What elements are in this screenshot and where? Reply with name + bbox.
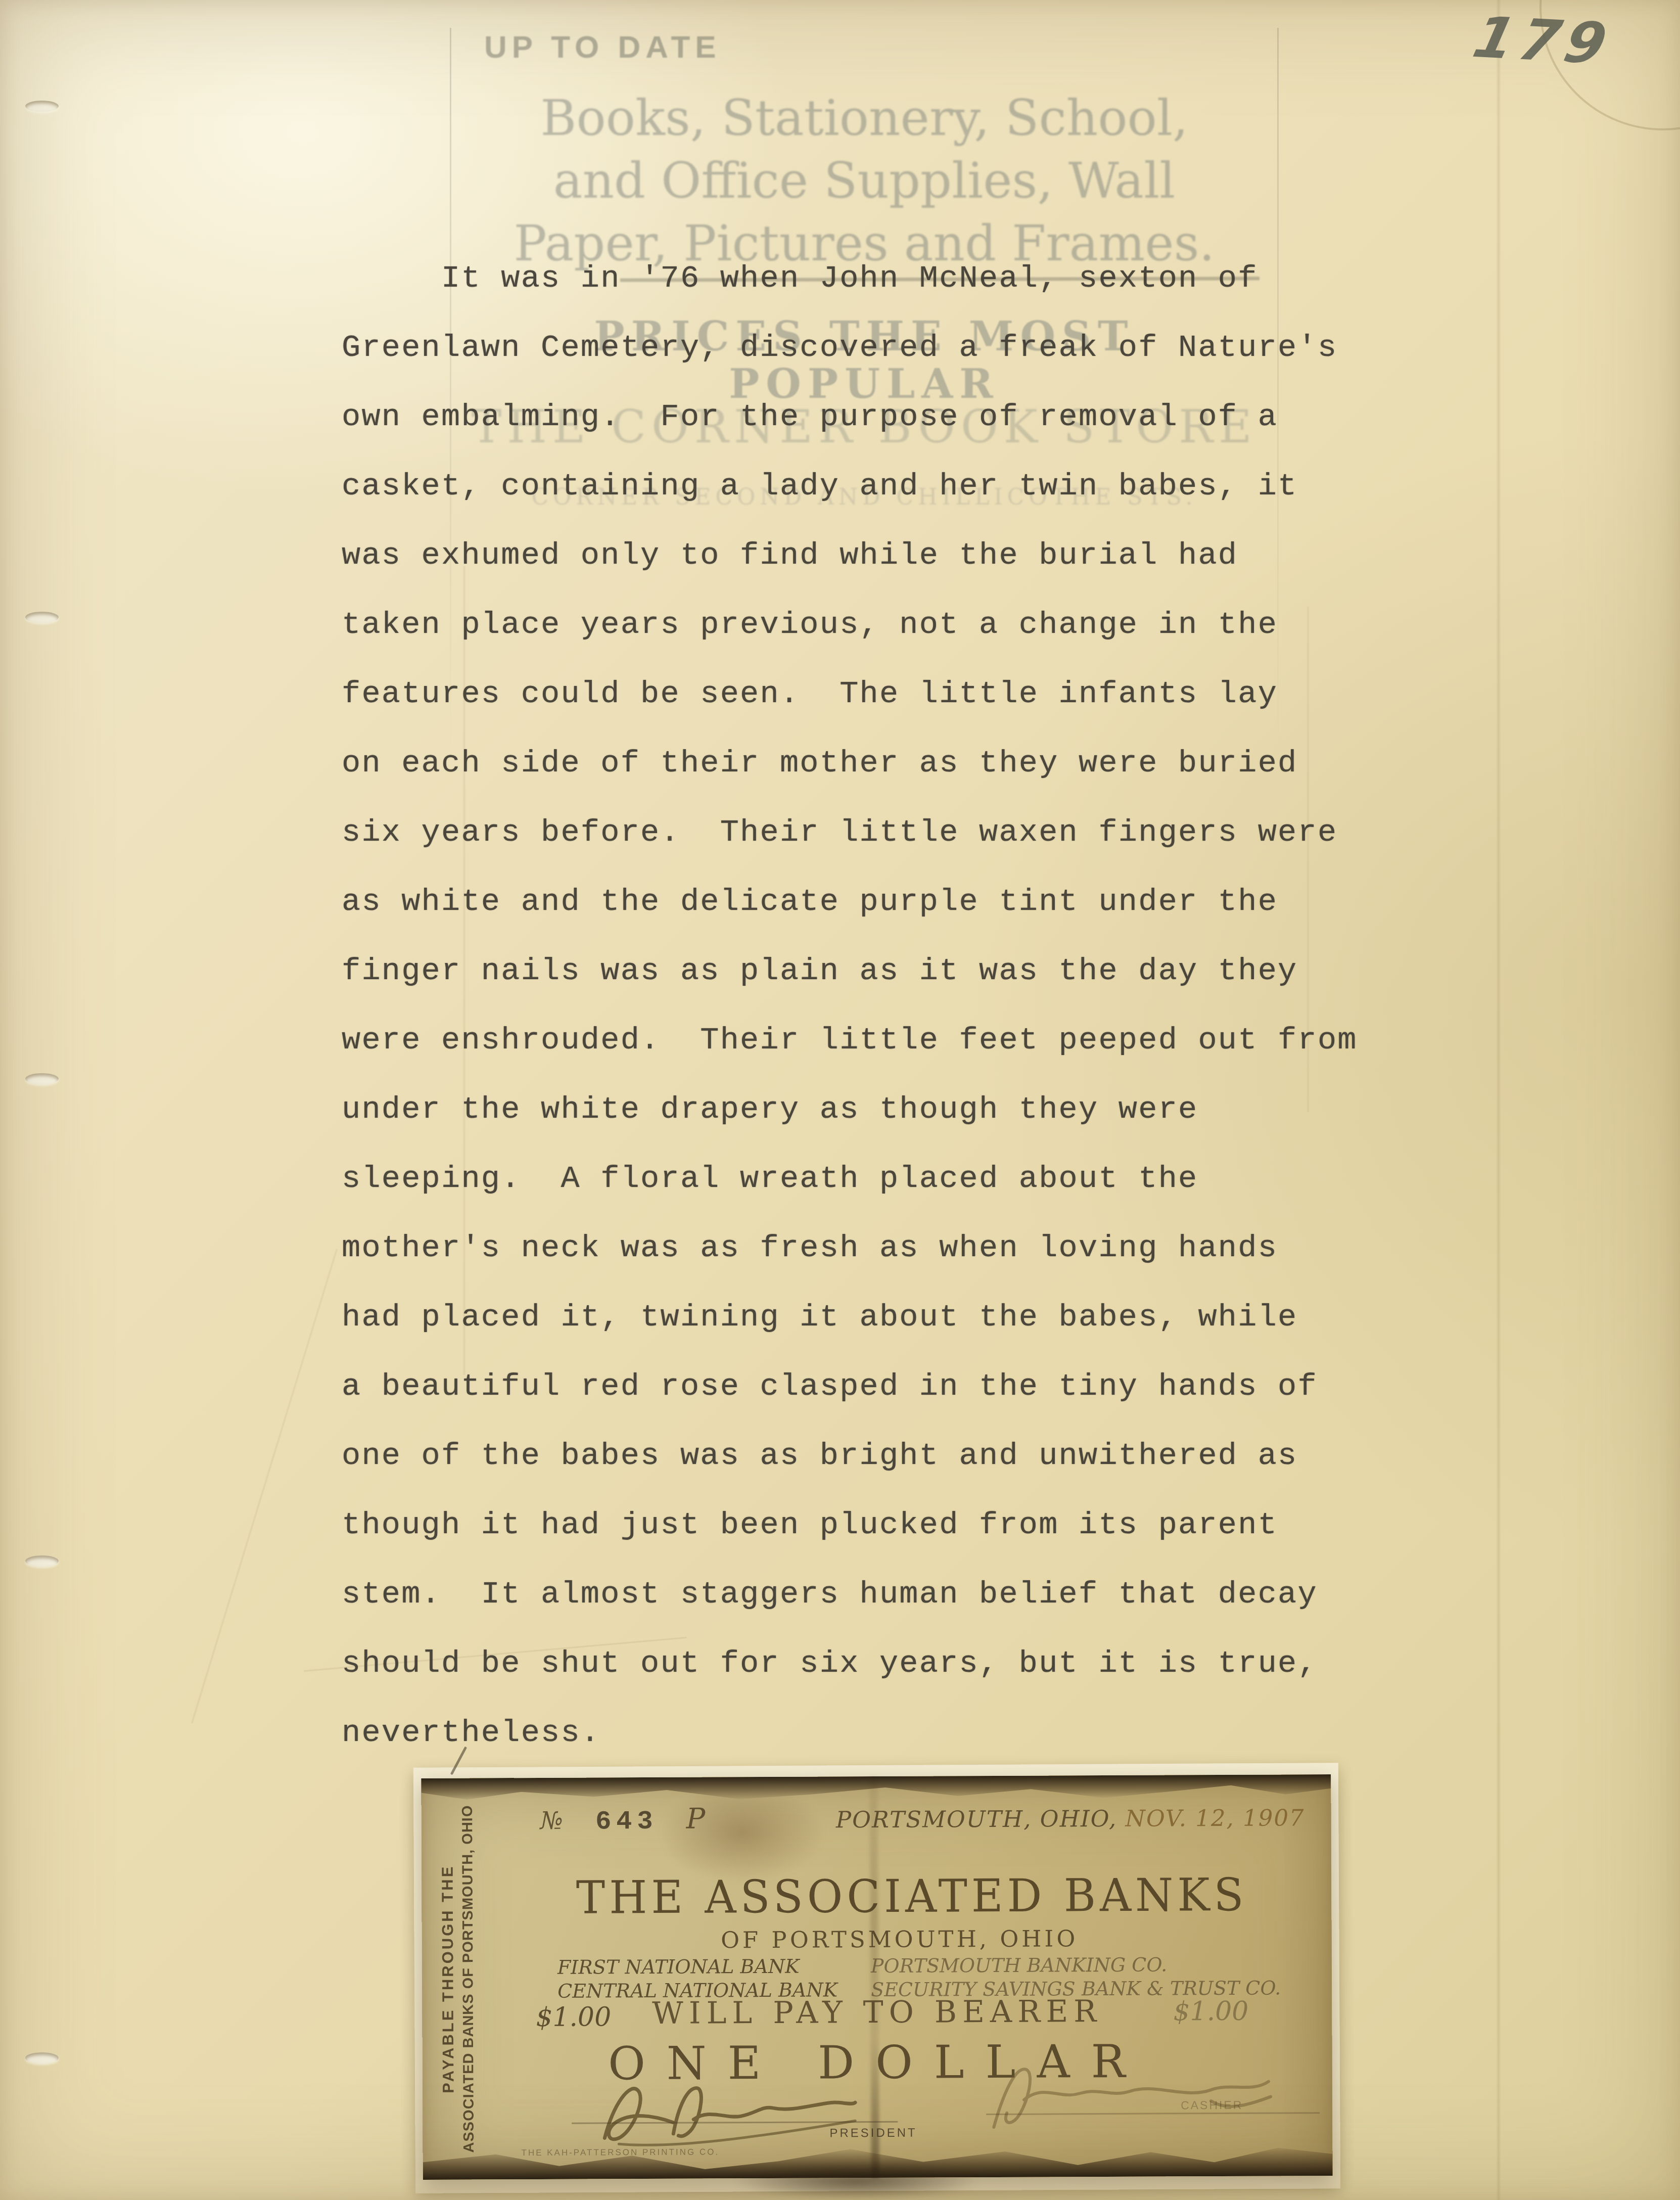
- date-value: NOV. 12, 1907: [1125, 1804, 1304, 1832]
- bank-name: FIRST NATIONAL BANK: [557, 1954, 871, 1980]
- typed-story: It was in '76 when John McNeal, sexton o…: [342, 244, 1358, 1767]
- cashier-label: CASHIER: [1181, 2098, 1243, 2113]
- typed-line: six years before. Their little waxen fin…: [342, 798, 1358, 867]
- typed-line: features could be seen. The little infan…: [342, 659, 1358, 728]
- typed-line: mother's neck was as fresh as when lovin…: [342, 1213, 1358, 1282]
- punch-hole: [25, 2052, 59, 2064]
- paper-crease: [191, 1249, 338, 1724]
- typed-line: Greenlawn Cemetery, discovered a freak o…: [342, 313, 1358, 382]
- typed-line: under the white drapery as though they w…: [342, 1075, 1358, 1144]
- printer-imprint: THE KAH-PATTERSON PRINTING CO.: [521, 2147, 719, 2158]
- punch-hole: [25, 1073, 59, 1084]
- punch-hole: [25, 612, 59, 623]
- typed-line: sleeping. A floral wreath placed about t…: [342, 1144, 1358, 1213]
- numero-sign: №: [540, 1807, 564, 1835]
- typed-line: casket, containing a lady and her twin b…: [342, 451, 1358, 521]
- paper-crease: [1496, 0, 1501, 2200]
- typed-line: one of the babes was as bright and unwit…: [342, 1421, 1358, 1490]
- typed-line: taken place years previous, not a change…: [342, 590, 1358, 659]
- payable-line: ASSOCIATED BANKS OF PORTSMOUTH, OHIO: [459, 1786, 478, 2171]
- payable-line: PAYABLE THROUGH THE: [438, 1787, 458, 2171]
- president-label: PRESIDENT: [829, 2126, 917, 2141]
- typed-line: though it had just been plucked from its…: [342, 1490, 1358, 1560]
- banknote: PAYABLE THROUGH THE ASSOCIATED BANKS OF …: [421, 1774, 1332, 2180]
- scrapbook-page: 179 UP TO DATE Books, Stationery, School…: [0, 0, 1680, 2200]
- typed-line: a beautiful red rose clasped in the tiny…: [342, 1352, 1358, 1421]
- ad-headline-line: Books, Stationery, School,: [450, 87, 1279, 150]
- punch-hole: [25, 101, 59, 112]
- typed-line: own embalming. For the purpose of remova…: [342, 382, 1358, 451]
- president-signature: [574, 2072, 868, 2160]
- ad-tagline: UP TO DATE: [484, 29, 721, 65]
- amount-right: $1.00: [1173, 1996, 1248, 2027]
- typed-line: were enshrouded. Their little feet peepe…: [342, 1005, 1358, 1075]
- note-dateline: PORTSMOUTH, OHIO, NOV. 12, 1907: [836, 1804, 1305, 1833]
- bank-name: PORTSMOUTH BANKING CO.: [871, 1952, 1301, 1978]
- series-letter: P: [686, 1802, 706, 1835]
- payable-through-label: PAYABLE THROUGH THE ASSOCIATED BANKS OF …: [424, 1778, 491, 2180]
- typed-line: nevertheless.: [342, 1698, 1358, 1767]
- ad-headline-line: and Office Supplies, Wall: [450, 150, 1279, 212]
- burn-shadow-blob: [733, 2163, 981, 2200]
- typed-line: on each side of their mother as they wer…: [342, 728, 1358, 798]
- punch-hole: [25, 1555, 59, 1567]
- typed-line: was exhumed only to find while the buria…: [342, 521, 1358, 590]
- note-subtitle: OF PORTSMOUTH, OHIO: [422, 1924, 1332, 1955]
- note-serial-group: № 643 P: [540, 1802, 705, 1837]
- typed-line: should be shut out for six years, but it…: [342, 1629, 1358, 1698]
- cashier-signature: [973, 2050, 1277, 2143]
- typed-line: It was in '76 when John McNeal, sexton o…: [342, 244, 1358, 313]
- typed-line: as white and the delicate purple tint un…: [342, 867, 1358, 936]
- note-number-row: № 643 P PORTSMOUTH, OHIO, NOV. 12, 1907: [540, 1800, 1304, 1837]
- typed-line: stem. It almost staggers human belief th…: [342, 1560, 1358, 1629]
- serial-number: 643: [595, 1807, 658, 1837]
- typed-line: finger nails was as plain as it was the …: [342, 936, 1358, 1005]
- date-place: PORTSMOUTH, OHIO,: [836, 1805, 1117, 1833]
- note-title: THE ASSOCIATED BANKS: [422, 1868, 1331, 1925]
- page-number-handwritten: 179: [1467, 5, 1618, 77]
- typed-line: had placed it, twining it about the babe…: [342, 1282, 1358, 1352]
